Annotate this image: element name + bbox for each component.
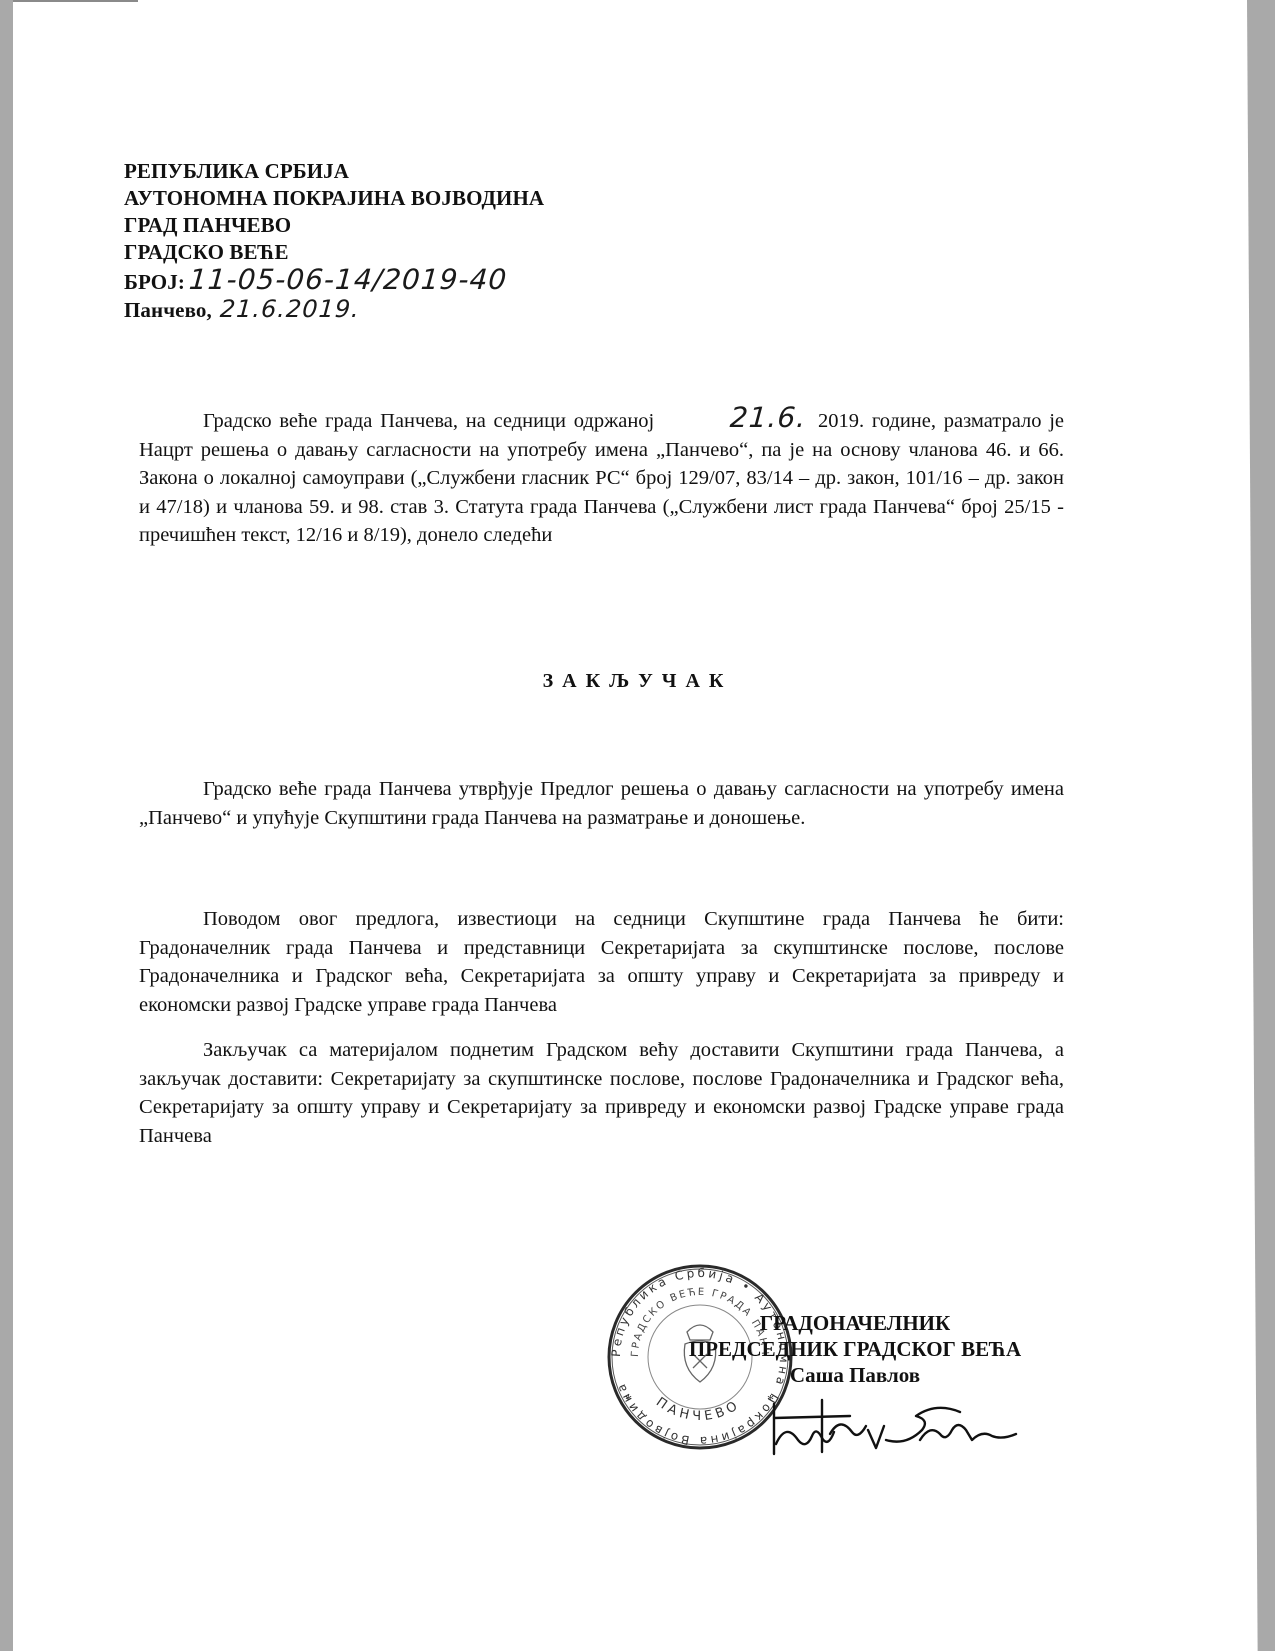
intro-date-handwritten: 21.6. xyxy=(665,404,807,433)
signatory-title-president: ПРЕДСЕДНИК ГРАДСКОГ ВЕЋА xyxy=(640,1336,1070,1362)
signatory-name: Саша Павлов xyxy=(640,1362,1070,1388)
header-country: РЕПУБЛИКА СРБИЈА xyxy=(124,158,544,185)
number-handwritten: 11-05-06-14/2019-40 xyxy=(188,266,508,293)
header-council: ГРАДСКО ВЕЋЕ xyxy=(124,239,544,266)
header-province: АУТОНОМНА ПОКРАЈИНА ВОЈВОДИНА xyxy=(124,185,544,212)
header-place-date: Панчево,21.6.2019. xyxy=(124,296,544,324)
document-title: ЗАКЉУЧАК xyxy=(0,670,1275,693)
date-handwritten: 21.6.2019. xyxy=(219,296,361,323)
document-header: РЕПУБЛИКА СРБИЈА АУТОНОМНА ПОКРАЈИНА ВОЈ… xyxy=(124,158,544,324)
intro-paragraph: Градско веће града Панчева, на седници о… xyxy=(139,404,1064,550)
intro-before-date: Градско веће града Панчева, на седници о… xyxy=(203,410,654,432)
body-paragraph-1: Градско веће града Панчева утврђује Пред… xyxy=(139,775,1064,832)
signatory-title-mayor: ГРАДОНАЧЕЛНИК xyxy=(640,1310,1070,1336)
svg-text:*: * xyxy=(625,1393,632,1408)
signature-block: ГРАДОНАЧЕЛНИК ПРЕДСЕДНИК ГРАДСКОГ ВЕЋА С… xyxy=(640,1310,1070,1388)
number-label: БРОЈ: xyxy=(124,270,185,294)
header-number: БРОЈ:11-05-06-14/2019-40 xyxy=(124,266,544,296)
header-city: ГРАД ПАНЧЕВО xyxy=(124,212,544,239)
scan-edge-top xyxy=(13,0,138,2)
body-paragraph-2: Поводом овог предлога, известиоци на сед… xyxy=(139,905,1064,1019)
body-paragraph-3: Закључак са материјалом поднетим Градско… xyxy=(139,1036,1064,1150)
scan-edge-right xyxy=(1247,0,1275,1651)
handwritten-signature-icon xyxy=(770,1396,1030,1456)
place-label: Панчево, xyxy=(124,298,212,322)
scan-edge-left xyxy=(0,0,13,1651)
